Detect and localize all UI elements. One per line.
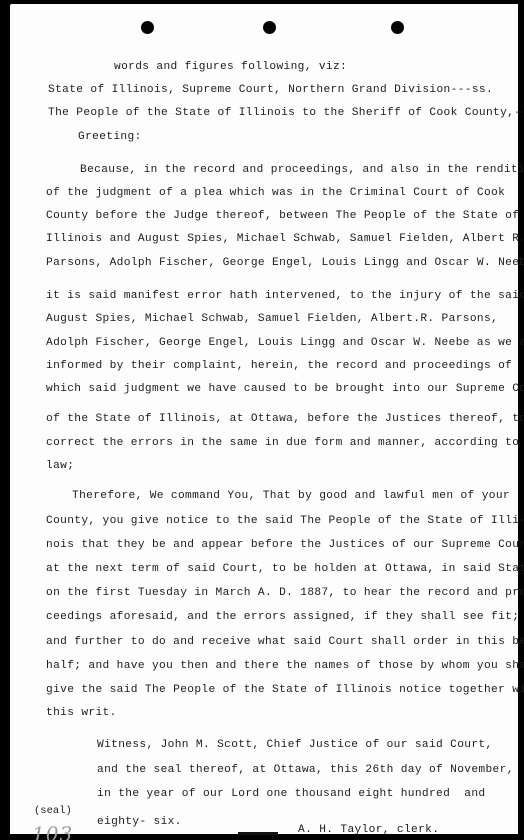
document-line: which said judgment we have caused to be… [46, 383, 524, 396]
document-line: of the State of Illinois, at Ottawa, bef… [46, 413, 524, 426]
signature-flourish [238, 832, 278, 835]
document-line: at the next term of said Court, to be ho… [46, 563, 524, 576]
document-line: The People of the State of Illinois to t… [48, 107, 524, 120]
document-line: words and figures following, viz: [114, 61, 347, 74]
document-line: informed by their complaint, herein, the… [46, 360, 512, 373]
document-line: and further to do and receive what said … [46, 636, 524, 649]
punch-hole-left-icon [141, 21, 154, 34]
document-line: County before the Judge thereof, between… [46, 210, 519, 223]
document-line: correct the errors in the same in due fo… [46, 437, 519, 450]
punch-hole-center-icon [263, 21, 276, 34]
document-line: eighty- six. [97, 816, 182, 829]
document-line: half; and have you then and there the na… [46, 660, 524, 673]
clerk-signature: A. H. Taylor, clerk. [298, 824, 439, 837]
document-line: and the seal thereof, at Ottawa, this 26… [97, 764, 514, 777]
document-line: in the year of our Lord one thousand eig… [97, 788, 486, 801]
document-line: give the said The People of the State of… [46, 684, 524, 697]
document-line: Parsons, Adolph Fischer, George Engel, L… [46, 257, 524, 270]
document-line: this writ. [46, 707, 117, 720]
punch-hole-right-icon [391, 21, 404, 34]
seal-label: (seal) [34, 805, 72, 817]
document-line: law; [46, 460, 74, 473]
document-line: State of Illinois, Supreme Court, Northe… [48, 84, 493, 97]
document-line: ceedings aforesaid, and the errors assig… [46, 611, 519, 624]
document-line: on the first Tuesday in March A. D. 1887… [46, 587, 524, 600]
document-page: words and figures following, viz:State o… [10, 4, 518, 834]
document-line: Illinois and August Spies, Michael Schwa… [46, 233, 524, 246]
document-line: Witness, John M. Scott, Chief Justice of… [97, 739, 493, 752]
document-line: Adolph Fischer, George Engel, Louis Ling… [46, 337, 524, 350]
document-line: Therefore, We command You, That by good … [72, 490, 510, 503]
document-line: Greeting: [78, 131, 142, 144]
document-line: County, you give notice to the said The … [46, 515, 524, 528]
document-line: it is said manifest error hath intervene… [46, 290, 524, 303]
document-line: August Spies, Michael Schwab, Samuel Fie… [46, 313, 498, 326]
document-line: nois that they be and appear before the … [46, 539, 524, 552]
page-number: 103 [32, 822, 73, 840]
document-line: Because, in the record and proceedings, … [80, 164, 524, 177]
document-line: of the judgment of a plea which was in t… [46, 187, 505, 200]
